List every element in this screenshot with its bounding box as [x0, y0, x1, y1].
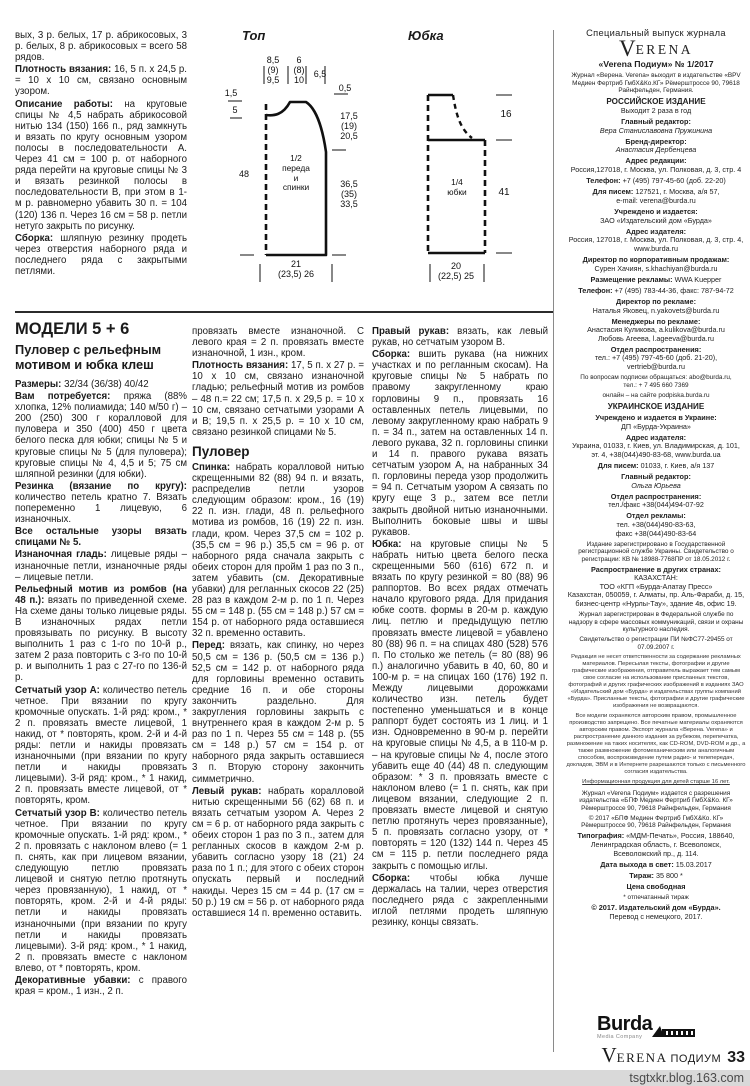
- imprint-block: Типография: «МДМ-Печать», Россия, 188640…: [566, 832, 746, 858]
- page-number: 33: [727, 1049, 745, 1067]
- text-column-3: Правый рукав: вязать, как левый рукав, н…: [372, 326, 548, 1052]
- paragraph-lead: Правый рукав:: [372, 326, 449, 337]
- paragraph: Спинка: набрать коралловой нитью скрещен…: [192, 462, 364, 640]
- imprint-block: Телефон: +7 (495) 797-45-60 (доб. 22-20): [566, 177, 746, 186]
- imprint-text: тел.: +7 (495) 797-45-60 (доб. 21-20), v…: [566, 354, 746, 371]
- paragraph: Описание работы: на круговые спицы № 4,5…: [15, 99, 187, 232]
- imprint-block: Адрес издателя: Украина, 01033, г. Киев,…: [566, 434, 746, 460]
- imprint-block: Учреждено и издается: ЗАО «Издательский …: [566, 208, 746, 225]
- measure-label: 20 (22,5) 25: [416, 262, 496, 282]
- footer-brand-podium: ПОДИУМ: [670, 1053, 721, 1065]
- imprint-block: Размещение рекламы: WWA Kuepper: [566, 276, 746, 285]
- imprint-block: Журнал зарегистрирован в Федеральной слу…: [566, 611, 746, 634]
- imprint-text: Вера Станиславовна Пружинина: [566, 127, 746, 135]
- imprint-text: Журнал «Verena Подиум» издается с разреш…: [566, 790, 746, 813]
- paragraph-text: количество петель кратно 7. Вязать попер…: [15, 492, 187, 525]
- imprint-text: WWA Kuepper: [675, 275, 722, 284]
- imprint-block: «Verena Подиум» № 1/2017: [566, 59, 746, 69]
- paragraph: Все остальные узоры вязать спицами № 5.: [15, 526, 187, 548]
- imprint-block: РОССИЙСКОЕ ИЗДАНИЕ Выходит 2 раза в год: [566, 97, 746, 115]
- paragraph-text: 17, 5 п. x 27 р. = 10 x 10 см, связано и…: [192, 360, 364, 438]
- paragraph: Пуловер с рельефным мотивом и юбка клеш: [15, 343, 187, 372]
- paragraph-lead: Пуловер: [192, 444, 250, 459]
- paragraph-text: провязать вместе изнаночной. С левого кр…: [192, 326, 364, 359]
- imprint-block: Учреждено и издается в Украине: ДП «Бурд…: [566, 414, 746, 431]
- imprint-text: Анастасия Дербенцева: [566, 146, 746, 154]
- text-column-1: МОДЕЛИ 5 + 6 Пуловер с рельефным мотивом…: [15, 320, 187, 1052]
- paragraph-lead: Сборка:: [372, 349, 410, 360]
- imprint-text: «Verena Подиум» № 1/2017: [566, 59, 746, 69]
- imprint-text: Сурен Хачиян, s.khachiyan@burda.ru: [566, 265, 746, 273]
- footer-brand-name: ERENA: [617, 1050, 668, 1066]
- paragraph-lead: Плотность вязания:: [15, 64, 111, 75]
- imprint-block: Информационная продукция для детей старш…: [566, 779, 746, 786]
- paragraph: Вам потребуется: пряжа (88% хлопка, 12% …: [15, 391, 187, 480]
- burda-logo: Burda Media Company: [597, 1014, 652, 1040]
- imprint-block: Редакция не несет ответственности за сод…: [566, 654, 746, 710]
- imprint-block: Издание зарегистрировано в Государственн…: [566, 541, 746, 564]
- footer-brand: VERENAПОДИУМ33: [601, 1046, 745, 1067]
- imprint-text: Издание зарегистрировано в Государственн…: [566, 541, 746, 564]
- imprint-block: Отдел распространения: тел./факс +38(044…: [566, 493, 746, 510]
- imprint-block: Цена свободная: [566, 883, 746, 892]
- imprint-block: Адрес издателя: Россия, 127018, г. Москв…: [566, 228, 746, 254]
- imprint-block: Директор по рекламе: Наталья Яковец, n.y…: [566, 298, 746, 315]
- piece-label: 1/2 переда и спинки: [272, 154, 320, 193]
- paragraph-lead: Левый рукав:: [192, 786, 261, 797]
- imprint-text: +7 (495) 783-44-36, факс: 787-94-72: [615, 286, 734, 295]
- imprint-text: Перевод с немецкого, 2017.: [566, 913, 746, 921]
- paragraph-lead: Все остальные узоры вязать спицами № 5.: [15, 526, 187, 548]
- paragraph-lead: Вам потребуется:: [15, 391, 110, 402]
- paragraph-text: 32/34 (36/38) 40/42: [64, 379, 149, 390]
- paragraph-lead: Пуловер с рельефным мотивом и юбка клеш: [15, 342, 161, 372]
- imprint-block: © 2017 «БПФ Медиен Фертриб ГмбХ&Ко. КГ» …: [566, 815, 746, 830]
- measure-label: 6,5: [310, 70, 330, 80]
- paragraph: Декоративные убавки: с правого края = кр…: [15, 975, 187, 997]
- paragraph-lead: Размеры:: [15, 379, 61, 390]
- schematic-skirt-title: Юбка: [408, 28, 444, 43]
- paragraph: Сборка: шляпную резинку продеть через от…: [15, 233, 187, 277]
- paragraph-text: пряжа (88% хлопка, 12% полиамида; 140 м/…: [15, 391, 187, 480]
- imprint-text: По вопросам подписки обращаться: abo@bur…: [566, 374, 746, 389]
- imprint-block: Тираж: 35 800 *: [566, 872, 746, 881]
- paragraph-lead: Плотность вязания:: [192, 360, 288, 371]
- paragraph-lead: Сетчатый узор А:: [15, 685, 100, 696]
- paragraph-lead: Изнаночная гладь:: [15, 549, 107, 560]
- vertical-divider: [553, 30, 554, 1052]
- imprint-column: Специальный выпуск журнала VERENA «Veren…: [566, 28, 746, 1016]
- imprint-heading: Для писем:: [598, 461, 639, 470]
- imprint-text: Журнал зарегистрирован в Федеральной слу…: [566, 611, 746, 634]
- imprint-text: ЗАО «Издательский дом «Бурда»: [566, 217, 746, 225]
- imprint-block: Бренд-директор: Анастасия Дербенцева: [566, 138, 746, 155]
- mdm-print-logo: [650, 1022, 696, 1045]
- schematic-top: Топ 8,5 (9) 9,5 6 (8) 10 6,5 0,5 1,5 5 1…: [228, 28, 378, 310]
- measure-label: 1,5: [222, 89, 240, 99]
- paragraph-text: вшить рукава (на нижних участках и по ре…: [372, 349, 548, 538]
- paragraph: Сборка: вшить рукава (на нижних участках…: [372, 349, 548, 538]
- paragraph-text: количество петель четное. При вязании по…: [15, 685, 187, 807]
- imprint-block: Дата выхода в свет: 15.03.2017: [566, 861, 746, 870]
- imprint-block: По вопросам подписки обращаться: abo@bur…: [566, 374, 746, 389]
- footer-band: tsgtxkr.blog.163.com: [0, 1070, 750, 1086]
- imprint-block: * отпечатанный тираж: [566, 894, 746, 902]
- imprint-block: Журнал «Верена. Verena» выходит в издате…: [566, 72, 746, 95]
- imprint-text: Наталья Яковец, n.yakovets@burda.ru: [566, 307, 746, 315]
- imprint-text: * отпечатанный тираж: [566, 894, 746, 902]
- paragraph: Пуловер: [192, 444, 364, 459]
- paragraph: Юбка: на круговые спицы № 5 набрать нить…: [372, 539, 548, 872]
- paragraph-lead: Сетчатый узор В:: [15, 808, 100, 819]
- imprint-text: © 2017 «БПФ Медиен Фертриб ГмбХ&Ко. КГ» …: [566, 815, 746, 830]
- imprint-block: Отдел распространения: тел.: +7 (495) 79…: [566, 346, 746, 372]
- imprint-text: тел. +38(044)490-83-63, факс +38(044)490…: [566, 521, 746, 538]
- imprint-text: Россия,127018, г. Москва, ул. Полковая, …: [566, 166, 746, 174]
- imprint-text: Все модели охраняются авторским правом, …: [566, 713, 746, 776]
- paragraph-text: вязать по приведенной схеме. На схеме да…: [15, 595, 187, 684]
- imprint-text: 35 800 *: [656, 871, 683, 880]
- paragraph: МОДЕЛИ 5 + 6: [15, 320, 187, 338]
- magazine-page: вых, 3 р. белых, 17 р. абрикосовых, 3 р.…: [0, 0, 750, 1086]
- imprint-heading: УКРАИНСКОЕ ИЗДАНИЕ: [566, 402, 746, 412]
- watermark: tsgtxkr.blog.163.com: [0, 1070, 750, 1085]
- imprint-text: Ольга Юрьева: [566, 482, 746, 490]
- paragraph: Размеры: 32/34 (36/38) 40/42: [15, 379, 187, 390]
- imprint-heading: Размещение рекламы:: [591, 275, 673, 284]
- paragraph-text: вязать, как спинку, но через 50,5 см = 1…: [192, 640, 364, 784]
- measure-label: 41: [492, 188, 516, 198]
- imprint-heading: Телефон:: [586, 176, 620, 185]
- imprint-text: Россия, 127018, г. Москва, ул. Полковая,…: [566, 236, 746, 253]
- imprint-block: онлайн – на сайте podpiska.burda.ru: [566, 392, 746, 400]
- verena-logo: VERENA: [566, 40, 746, 58]
- imprint-heading: Дата выхода в свет:: [600, 860, 674, 869]
- verena-logo-rest: ERENA: [636, 42, 694, 57]
- paragraph: Плотность вязания: 16, 5 п. x 24,5 р. = …: [15, 64, 187, 97]
- piece-label: 1/4 юбки: [434, 178, 480, 198]
- measure-label: 6 (8) 10: [288, 56, 310, 85]
- measure-label: 0,5: [334, 84, 356, 94]
- paragraph-lead: Сборка:: [372, 873, 410, 884]
- imprint-text: тел./факс +38(044)494-07-92: [566, 501, 746, 509]
- imprint-block: Телефон: +7 (495) 783-44-36, факс: 787-9…: [566, 287, 746, 296]
- imprint-block: Отдел рекламы: тел. +38(044)490-83-63, ф…: [566, 512, 746, 538]
- imprint-block: УКРАИНСКОЕ ИЗДАНИЕ: [566, 402, 746, 412]
- paragraph: Сетчатый узор В: количество петель четно…: [15, 808, 187, 974]
- paragraph: Резинка (вязание по кругу): количество п…: [15, 481, 187, 525]
- imprint-block: Главный редактор: Вера Станиславовна Пру…: [566, 118, 746, 135]
- text-column-top-left: вых, 3 р. белых, 17 р. абрикосовых, 3 р.…: [15, 30, 187, 310]
- imprint-heading: Тираж:: [629, 871, 654, 880]
- paragraph: Рельефный мотив из ромбов (на 48 п.): вя…: [15, 584, 187, 684]
- imprint-block: Адрес редакции: Россия,127018, г. Москва…: [566, 157, 746, 174]
- imprint-text: ДП «Бурда-Украина»: [566, 423, 746, 431]
- imprint-heading: Телефон:: [578, 286, 612, 295]
- paragraph-text: на круговые спицы № 5 набрать нитью цвет…: [372, 539, 548, 872]
- paragraph-text: вых, 3 р. белых, 17 р. абрикосовых, 3 р.…: [15, 30, 187, 63]
- measure-label: 48: [234, 170, 254, 180]
- schematic-skirt: Юбка 16 41 1/4 юбки 20 (22,5) 25: [400, 28, 560, 310]
- schematic-top-title: Топ: [242, 28, 265, 43]
- paragraph-lead: Перед:: [192, 640, 225, 651]
- paragraph-text: на круговые спицы № 4,5 набрать абрикосо…: [15, 99, 187, 232]
- imprint-text: Украина, 01033, г. Киев, ул. Владимирска…: [566, 442, 746, 459]
- imprint-text: 15.03.2017: [676, 860, 712, 869]
- imprint-block: Все модели охраняются авторским правом, …: [566, 713, 746, 776]
- burda-logo-word: Burda: [597, 1014, 652, 1034]
- measure-label: 16: [494, 110, 518, 120]
- paragraph: Перед: вязать, как спинку, но через 50,5…: [192, 640, 364, 784]
- verena-logo-initial: V: [619, 36, 636, 61]
- imprint-text: онлайн – на сайте podpiska.burda.ru: [566, 392, 746, 400]
- paragraph-text: набрать коралловой нитью скрещенными 56 …: [192, 786, 364, 919]
- imprint-text: 01033, г. Киев, а/я 137: [641, 461, 715, 470]
- paragraph-lead: Сборка:: [15, 233, 53, 244]
- imprint-block: Для писем: 01033, г. Киев, а/я 137: [566, 462, 746, 471]
- horizontal-divider: [15, 311, 553, 313]
- imprint-intro: Специальный выпуск журнала: [566, 28, 746, 39]
- imprint-block: Главный редактор: Ольга Юрьева: [566, 473, 746, 490]
- measure-label: 8,5 (9) 9,5: [260, 56, 286, 85]
- imprint-block: Для писем: 127521, г. Москва, а/я 57, e-…: [566, 188, 746, 205]
- imprint-text: +7 (495) 797-45-60 (доб. 22-20): [623, 176, 726, 185]
- paragraph-lead: Юбка:: [372, 539, 401, 550]
- imprint-block: Распространение в других странах: КАЗАХС…: [566, 566, 746, 609]
- measure-label: 21 (23,5) 26: [256, 260, 336, 280]
- paragraph-lead: Спинка:: [192, 462, 230, 473]
- imprint-text: Редакция не несет ответственности за сод…: [566, 654, 746, 710]
- imprint-text: Информационная продукция для детей старш…: [566, 779, 746, 786]
- paragraph: Изнаночная гладь: лицевые ряды – изнаноч…: [15, 549, 187, 582]
- text-column-2: провязать вместе изнаночной. С левого кр…: [192, 326, 364, 1052]
- imprint-text: Анастасия Куликова, a.kulikova@burda.ru …: [566, 326, 746, 343]
- imprint-text: Выходит 2 раза в год: [566, 107, 746, 115]
- imprint-heading: Цена свободная: [566, 883, 746, 892]
- imprint-block: Журнал «Verena Подиум» издается с разреш…: [566, 790, 746, 813]
- measure-label: 36,5 (35) 33,5: [330, 180, 368, 209]
- paragraph: вых, 3 р. белых, 17 р. абрикосовых, 3 р.…: [15, 30, 187, 63]
- paragraph-lead: Декоративные убавки:: [15, 975, 131, 986]
- imprint-text: Журнал «Верена. Verena» выходит в издате…: [566, 72, 746, 95]
- imprint-text: Свидетельство о регистрации ПИ №ФС77-294…: [566, 636, 746, 651]
- imprint-text: КАЗАХСТАН: ТОО «КГП «Бурда-Алатау Пресс»…: [566, 574, 746, 608]
- paragraph-lead: Описание работы:: [15, 99, 113, 110]
- paragraph: Плотность вязания: 17, 5 п. x 27 р. = 10…: [192, 360, 364, 438]
- paragraph: Сборка: чтобы юбка лучше держалась на та…: [372, 873, 548, 928]
- measure-label: 17,5 (19) 20,5: [330, 112, 368, 141]
- imprint-block: Свидетельство о регистрации ПИ №ФС77-294…: [566, 636, 746, 651]
- paragraph: Сетчатый узор А: количество петель четно…: [15, 685, 187, 807]
- paragraph-lead: МОДЕЛИ 5 + 6: [15, 320, 129, 338]
- paragraph-text: количество петель четное. При вязании по…: [15, 808, 187, 974]
- measure-label: 5: [228, 106, 242, 116]
- paragraph-lead: Резинка (вязание по кругу):: [15, 481, 187, 492]
- paragraph: провязать вместе изнаночной. С левого кр…: [192, 326, 364, 359]
- paragraph-text: набрать коралловой нитью скрещенными 82 …: [192, 462, 364, 639]
- imprint-block: © 2017. Издательский дом «Бурда». Перево…: [566, 904, 746, 921]
- imprint-block: Менеджеры по рекламе: Анастасия Куликова…: [566, 318, 746, 344]
- paragraph: Левый рукав: набрать коралловой нитью ск…: [192, 786, 364, 919]
- imprint-block: Директор по корпоративным продажам: Суре…: [566, 256, 746, 273]
- paragraph: Правый рукав: вязать, как левый рукав, н…: [372, 326, 548, 348]
- footer-brand-initial: V: [601, 1046, 616, 1064]
